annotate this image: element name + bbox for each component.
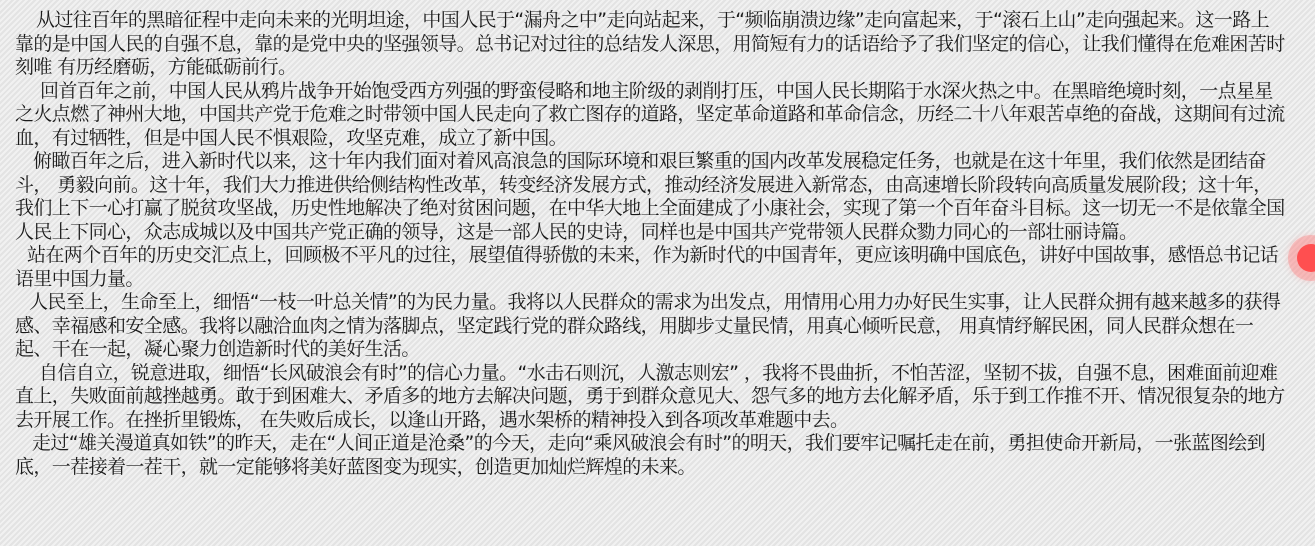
document-body: 从过往百年的黑暗征程中走向未来的光明坦途，中国人民于“漏舟之中”走向站起来，于“… [15, 9, 1287, 479]
paragraph-7: 走过“雄关漫道真如铁”的昨天，走在“人间正道是沧桑”的今天，走向“乘风破浪会有时… [15, 432, 1287, 479]
recording-indicator-icon[interactable] [1297, 244, 1315, 272]
paragraph-6: 自信自立，锐意进取，细悟“长风破浪会有时”的信心力量。“水击石则沉，人激志则宏”… [15, 362, 1287, 433]
paragraph-5: 人民至上，生命至上，细悟“一枝一叶总关情”的为民力量。我将以人民群众的需求为出发… [15, 291, 1287, 362]
paragraph-4: 站在两个百年的历史交汇点上，回顾极不平凡的过往，展望值得骄傲的未来，作为新时代的… [15, 244, 1287, 291]
paragraph-1: 从过往百年的黑暗征程中走向未来的光明坦途，中国人民于“漏舟之中”走向站起来，于“… [15, 9, 1287, 80]
paragraph-2: 回首百年之前，中国人民从鸦片战争开始饱受西方列强的野蛮侵略和地主阶级的剥削打压，… [15, 80, 1287, 151]
paragraph-3: 俯瞰百年之后，进入新时代以来，这十年内我们面对着风高浪急的国际环境和艰巨繁重的国… [15, 150, 1287, 244]
